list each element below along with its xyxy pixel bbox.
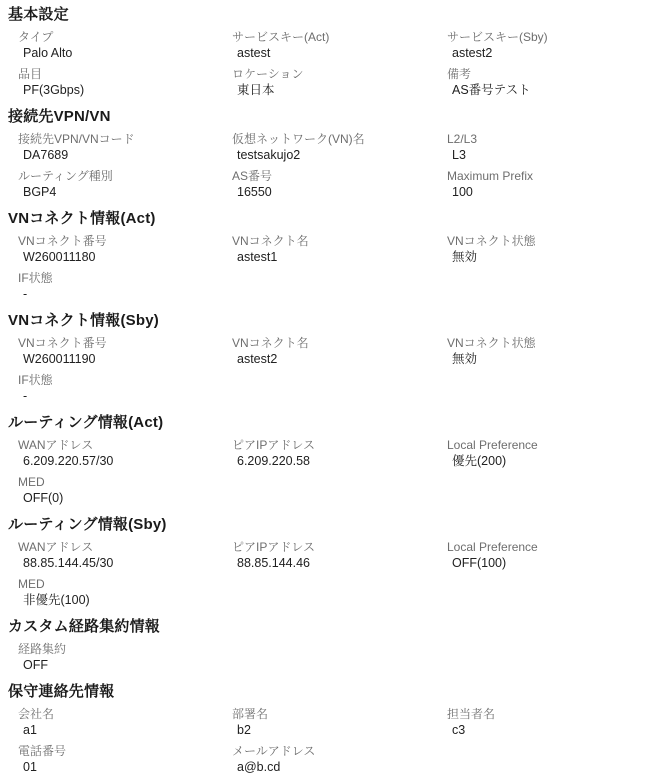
fields-row: IF状態- bbox=[18, 265, 660, 302]
field-phone-number: 電話番号01 bbox=[18, 743, 232, 775]
field-location: ロケーション東日本 bbox=[232, 66, 447, 98]
field-value-peer-ip-address: 6.209.220.58 bbox=[232, 453, 447, 469]
field-local-preference: Local PreferenceOFF(100) bbox=[447, 539, 660, 571]
field-vpn-vn-code: 接続先VPN/VNコードDA7689 bbox=[18, 131, 232, 163]
field-label-item: 品目 bbox=[18, 66, 232, 82]
field-value-maximum-prefix: 100 bbox=[447, 184, 660, 200]
field-value-service-key-act: astest bbox=[232, 45, 447, 61]
field-vn-connect-name: VNコネクト名astest2 bbox=[232, 335, 447, 367]
field-l2-l3: L2/L3L3 bbox=[447, 131, 660, 163]
field-value-if-status: - bbox=[18, 388, 232, 404]
field-label-wan-address: WANアドレス bbox=[18, 539, 232, 555]
fields-row: VNコネクト番号W260011180VNコネクト名astest1VNコネクト状態… bbox=[18, 228, 660, 265]
field-label-vn-connect-name: VNコネクト名 bbox=[232, 335, 447, 351]
field-label-vn-connect-name: VNコネクト名 bbox=[232, 233, 447, 249]
field-label-vn-connect-status: VNコネクト状態 bbox=[447, 233, 660, 249]
field-value-company-name: a1 bbox=[18, 722, 232, 738]
field-value-location: 東日本 bbox=[232, 82, 447, 98]
field-value-local-preference: OFF(100) bbox=[447, 555, 660, 571]
field-label-local-preference: Local Preference bbox=[447, 437, 660, 453]
field-value-wan-address: 88.85.144.45/30 bbox=[18, 555, 232, 571]
field-value-vn-connect-name: astest2 bbox=[232, 351, 447, 367]
field-email-address: メールアドレスa@b.cd bbox=[232, 743, 447, 775]
section-vn-connect-info-act: VNコネクト情報(Act)VNコネクト番号W260011180VNコネクト名as… bbox=[0, 204, 660, 302]
field-value-l2-l3: L3 bbox=[447, 147, 660, 163]
field-value-item: PF(3Gbps) bbox=[18, 82, 232, 98]
section-title-routing-info-sby: ルーティング情報(Sby) bbox=[0, 510, 660, 534]
field-label-vn-connect-number: VNコネクト番号 bbox=[18, 233, 232, 249]
field-type: タイプPalo Alto bbox=[18, 29, 232, 61]
field-label-wan-address: WANアドレス bbox=[18, 437, 232, 453]
field-if-status: IF状態- bbox=[18, 372, 232, 404]
field-vn-connect-number: VNコネクト番号W260011180 bbox=[18, 233, 232, 265]
fields-row: 会社名a1部署名b2担当者名c3 bbox=[18, 701, 660, 738]
field-label-contact-person-name: 担当者名 bbox=[447, 706, 660, 722]
field-service-key-sby: サービスキー(Sby)astest2 bbox=[447, 29, 660, 61]
field-service-key-act: サービスキー(Act)astest bbox=[232, 29, 447, 61]
field-peer-ip-address: ピアIPアドレス6.209.220.58 bbox=[232, 437, 447, 469]
field-value-if-status: - bbox=[18, 286, 232, 302]
section-title-maintenance-contact-info: 保守連絡先情報 bbox=[0, 677, 660, 701]
field-value-remarks: AS番号テスト bbox=[447, 82, 660, 98]
field-label-vn-connect-status: VNコネクト状態 bbox=[447, 335, 660, 351]
section-title-custom-route-aggregation-info: カスタム経路集約情報 bbox=[0, 612, 660, 636]
field-label-peer-ip-address: ピアIPアドレス bbox=[232, 437, 447, 453]
field-local-preference: Local Preference優先(200) bbox=[447, 437, 660, 469]
fields-row: WANアドレス6.209.220.57/30ピアIPアドレス6.209.220.… bbox=[18, 432, 660, 469]
service-detail-page: 基本設定タイプPalo Altoサービスキー(Act)astestサービスキー(… bbox=[0, 0, 660, 778]
field-value-med: OFF(0) bbox=[18, 490, 232, 506]
section-vn-connect-info-sby: VNコネクト情報(Sby)VNコネクト番号W260011190VNコネクト名as… bbox=[0, 306, 660, 404]
field-item: 品目PF(3Gbps) bbox=[18, 66, 232, 98]
section-basic-settings: 基本設定タイプPalo Altoサービスキー(Act)astestサービスキー(… bbox=[0, 0, 660, 98]
field-value-phone-number: 01 bbox=[18, 759, 232, 775]
fields-row: 経路集約OFF bbox=[18, 636, 660, 673]
field-company-name: 会社名a1 bbox=[18, 706, 232, 738]
field-wan-address: WANアドレス6.209.220.57/30 bbox=[18, 437, 232, 469]
field-value-vn-connect-number: W260011190 bbox=[18, 351, 232, 367]
field-label-routing-type: ルーティング種別 bbox=[18, 168, 232, 184]
section-routing-info-act: ルーティング情報(Act)WANアドレス6.209.220.57/30ピアIPア… bbox=[0, 408, 660, 506]
field-vn-connect-status: VNコネクト状態無効 bbox=[447, 335, 660, 367]
fields-row: 接続先VPN/VNコードDA7689仮想ネットワーク(VN)名testsakuj… bbox=[18, 126, 660, 163]
field-routing-type: ルーティング種別BGP4 bbox=[18, 168, 232, 200]
fields-row: WANアドレス88.85.144.45/30ピアIPアドレス88.85.144.… bbox=[18, 534, 660, 571]
field-value-routing-type: BGP4 bbox=[18, 184, 232, 200]
section-title-destination-vpn-vn: 接続先VPN/VN bbox=[0, 102, 660, 126]
field-med: MED非優先(100) bbox=[18, 576, 232, 608]
field-value-as-number: 16550 bbox=[232, 184, 447, 200]
field-value-type: Palo Alto bbox=[18, 45, 232, 61]
field-contact-person-name: 担当者名c3 bbox=[447, 706, 660, 738]
field-value-vn-connect-number: W260011180 bbox=[18, 249, 232, 265]
field-label-maximum-prefix: Maximum Prefix bbox=[447, 168, 660, 184]
field-value-vn-connect-name: astest1 bbox=[232, 249, 447, 265]
section-title-basic-settings: 基本設定 bbox=[0, 0, 660, 24]
field-label-med: MED bbox=[18, 474, 232, 490]
field-value-email-address: a@b.cd bbox=[232, 759, 447, 775]
field-label-l2-l3: L2/L3 bbox=[447, 131, 660, 147]
field-label-virtual-network-name: 仮想ネットワーク(VN)名 bbox=[232, 131, 447, 147]
field-label-if-status: IF状態 bbox=[18, 372, 232, 388]
field-label-med: MED bbox=[18, 576, 232, 592]
section-title-vn-connect-info-sby: VNコネクト情報(Sby) bbox=[0, 306, 660, 330]
field-value-route-aggregation: OFF bbox=[18, 657, 232, 673]
field-label-email-address: メールアドレス bbox=[232, 743, 447, 759]
field-department-name: 部署名b2 bbox=[232, 706, 447, 738]
section-custom-route-aggregation-info: カスタム経路集約情報経路集約OFF bbox=[0, 612, 660, 673]
section-maintenance-contact-info: 保守連絡先情報会社名a1部署名b2担当者名c3電話番号01メールアドレスa@b.… bbox=[0, 677, 660, 775]
field-vn-connect-status: VNコネクト状態無効 bbox=[447, 233, 660, 265]
field-vn-connect-name: VNコネクト名astest1 bbox=[232, 233, 447, 265]
field-label-vn-connect-number: VNコネクト番号 bbox=[18, 335, 232, 351]
field-route-aggregation: 経路集約OFF bbox=[18, 641, 232, 673]
field-value-vpn-vn-code: DA7689 bbox=[18, 147, 232, 163]
field-label-company-name: 会社名 bbox=[18, 706, 232, 722]
field-label-department-name: 部署名 bbox=[232, 706, 447, 722]
field-label-if-status: IF状態 bbox=[18, 270, 232, 286]
field-label-as-number: AS番号 bbox=[232, 168, 447, 184]
field-value-service-key-sby: astest2 bbox=[447, 45, 660, 61]
field-peer-ip-address: ピアIPアドレス88.85.144.46 bbox=[232, 539, 447, 571]
section-routing-info-sby: ルーティング情報(Sby)WANアドレス88.85.144.45/30ピアIPア… bbox=[0, 510, 660, 608]
fields-row: MEDOFF(0) bbox=[18, 469, 660, 506]
field-label-vpn-vn-code: 接続先VPN/VNコード bbox=[18, 131, 232, 147]
section-title-vn-connect-info-act: VNコネクト情報(Act) bbox=[0, 204, 660, 228]
field-value-wan-address: 6.209.220.57/30 bbox=[18, 453, 232, 469]
field-value-virtual-network-name: testsakujo2 bbox=[232, 147, 447, 163]
field-value-contact-person-name: c3 bbox=[447, 722, 660, 738]
field-label-local-preference: Local Preference bbox=[447, 539, 660, 555]
field-value-vn-connect-status: 無効 bbox=[447, 351, 660, 367]
fields-row: VNコネクト番号W260011190VNコネクト名astest2VNコネクト状態… bbox=[18, 330, 660, 367]
field-remarks: 備考AS番号テスト bbox=[447, 66, 660, 98]
field-label-service-key-sby: サービスキー(Sby) bbox=[447, 29, 660, 45]
fields-row: MED非優先(100) bbox=[18, 571, 660, 608]
field-vn-connect-number: VNコネクト番号W260011190 bbox=[18, 335, 232, 367]
fields-row: 電話番号01メールアドレスa@b.cd bbox=[18, 738, 660, 775]
fields-row: IF状態- bbox=[18, 367, 660, 404]
field-if-status: IF状態- bbox=[18, 270, 232, 302]
section-title-routing-info-act: ルーティング情報(Act) bbox=[0, 408, 660, 432]
field-value-peer-ip-address: 88.85.144.46 bbox=[232, 555, 447, 571]
field-value-vn-connect-status: 無効 bbox=[447, 249, 660, 265]
field-wan-address: WANアドレス88.85.144.45/30 bbox=[18, 539, 232, 571]
field-as-number: AS番号16550 bbox=[232, 168, 447, 200]
field-label-location: ロケーション bbox=[232, 66, 447, 82]
field-label-service-key-act: サービスキー(Act) bbox=[232, 29, 447, 45]
field-value-local-preference: 優先(200) bbox=[447, 453, 660, 469]
fields-row: ルーティング種別BGP4AS番号16550Maximum Prefix100 bbox=[18, 163, 660, 200]
section-destination-vpn-vn: 接続先VPN/VN接続先VPN/VNコードDA7689仮想ネットワーク(VN)名… bbox=[0, 102, 660, 200]
fields-row: タイプPalo Altoサービスキー(Act)astestサービスキー(Sby)… bbox=[18, 24, 660, 61]
field-label-peer-ip-address: ピアIPアドレス bbox=[232, 539, 447, 555]
field-med: MEDOFF(0) bbox=[18, 474, 232, 506]
field-value-department-name: b2 bbox=[232, 722, 447, 738]
field-virtual-network-name: 仮想ネットワーク(VN)名testsakujo2 bbox=[232, 131, 447, 163]
field-label-route-aggregation: 経路集約 bbox=[18, 641, 232, 657]
field-maximum-prefix: Maximum Prefix100 bbox=[447, 168, 660, 200]
field-label-remarks: 備考 bbox=[447, 66, 660, 82]
field-value-med: 非優先(100) bbox=[18, 592, 232, 608]
fields-row: 品目PF(3Gbps)ロケーション東日本備考AS番号テスト bbox=[18, 61, 660, 98]
field-label-phone-number: 電話番号 bbox=[18, 743, 232, 759]
field-label-type: タイプ bbox=[18, 29, 232, 45]
sections-container: 基本設定タイプPalo Altoサービスキー(Act)astestサービスキー(… bbox=[0, 0, 660, 775]
